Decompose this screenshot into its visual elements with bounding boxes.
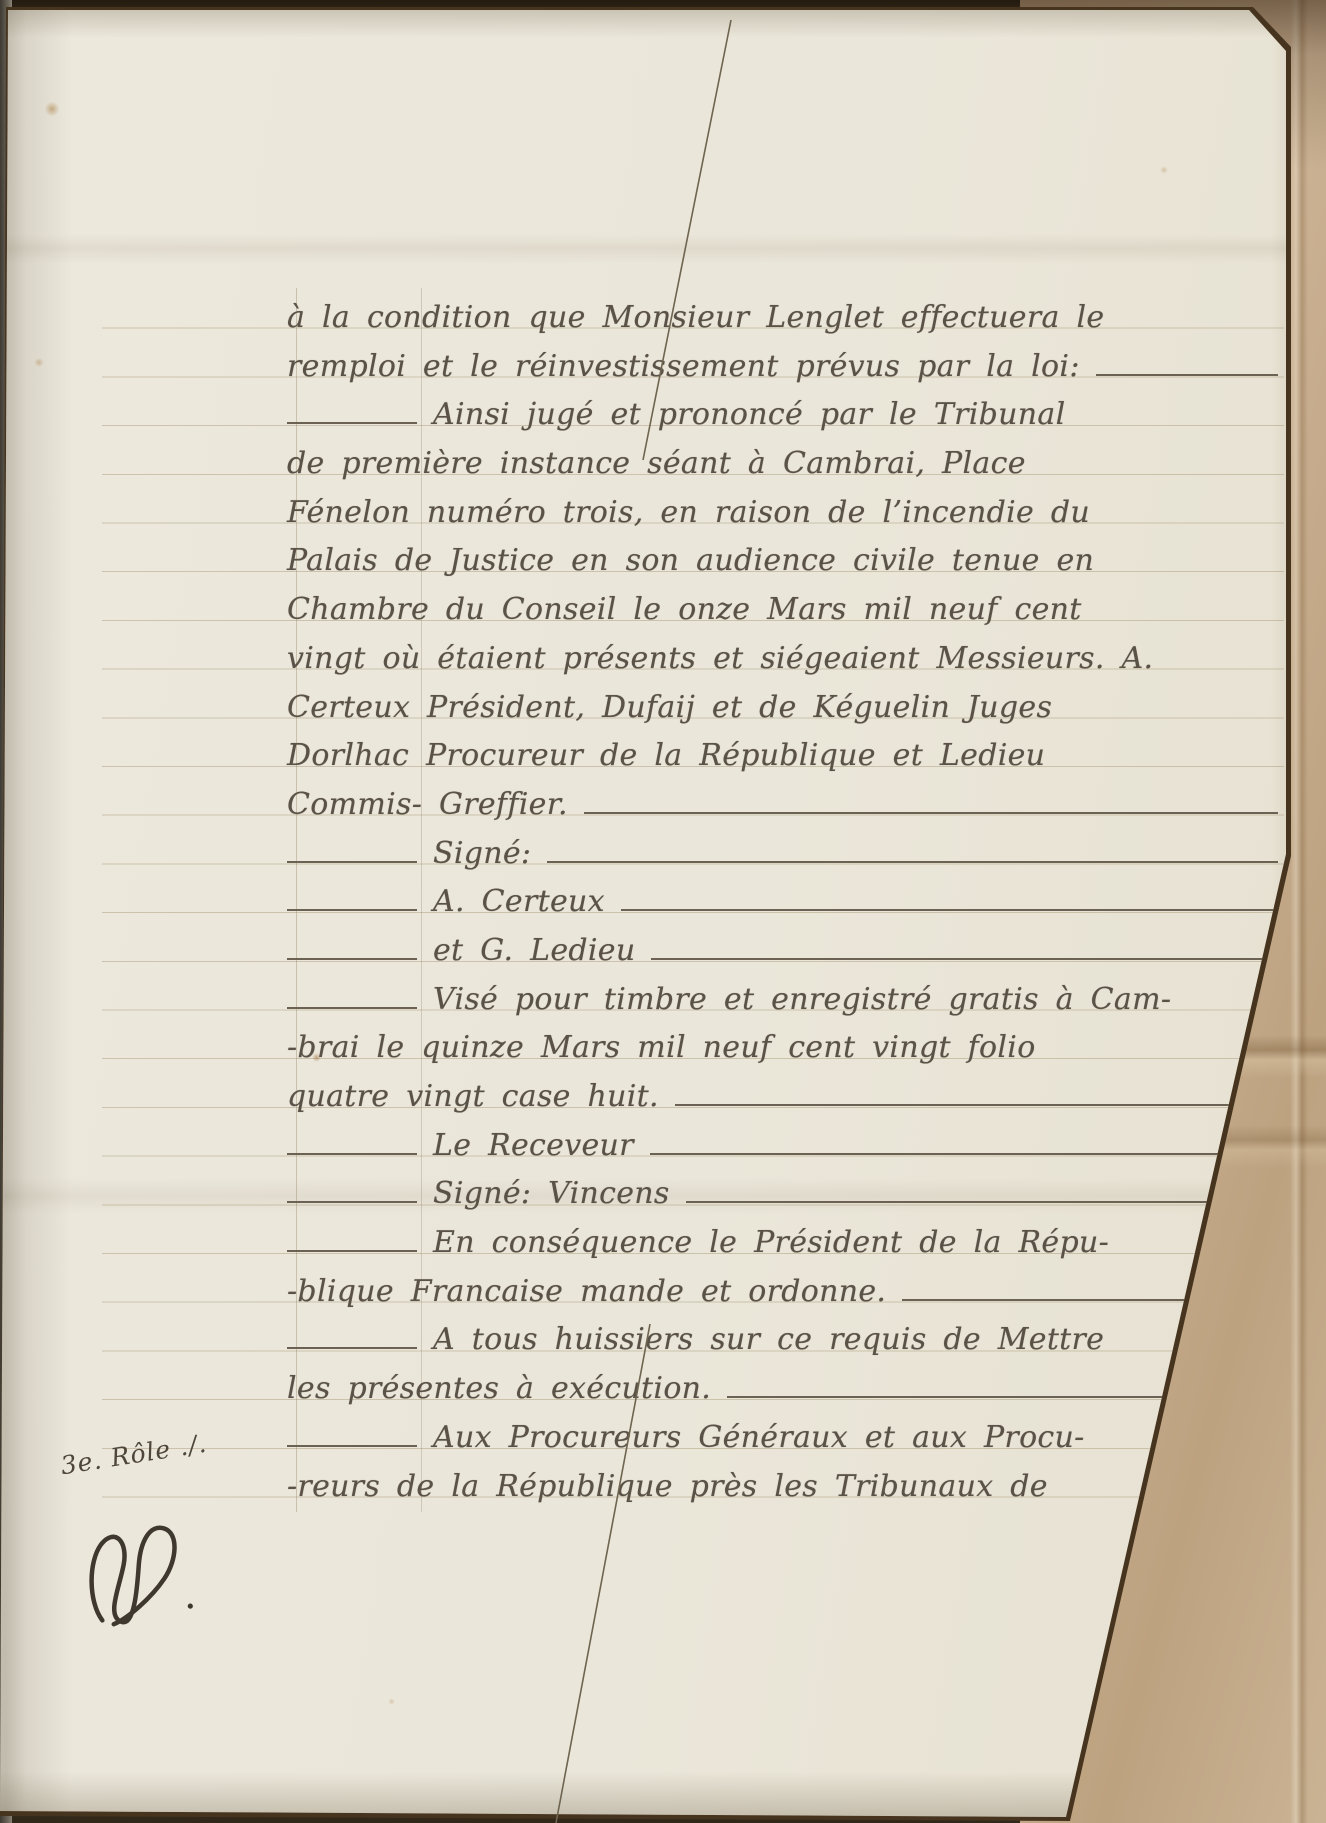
- manuscript-line: Dorlhac Procureur de la République et Le…: [287, 732, 1284, 781]
- line-text: Dorlhac Procureur de la République et Le…: [287, 732, 1045, 781]
- manuscript-line: Commis- Greffier.: [287, 781, 1284, 830]
- line-text: A tous huissiers sur ce requis de Mettre: [433, 1316, 1104, 1365]
- margin-note: 3e. Rôle ./.: [59, 1429, 209, 1481]
- line-text: Ainsi jugé et prononcé par le Tribunal: [433, 391, 1066, 440]
- fill-line: [651, 958, 1278, 960]
- manuscript-line: Fénelon numéro trois, en raison de l’inc…: [287, 489, 1284, 538]
- manuscript-line: -blique Francaise mande et ordonne.: [287, 1268, 1284, 1317]
- line-text: Le Receveur: [433, 1122, 634, 1171]
- scanned-document: à la condition que Monsieur Lenglet effe…: [0, 0, 1326, 1823]
- line-text: En conséquence le Président de la Répu-: [433, 1219, 1109, 1268]
- line-text: de première instance séant à Cambrai, Pl…: [287, 440, 1026, 489]
- age-stain: [34, 358, 44, 367]
- manuscript-line: Palais de Justice en son audience civile…: [287, 537, 1284, 586]
- manuscript-line: vingt où étaient présents et siégeaient …: [287, 635, 1284, 684]
- manuscript-line: -reurs de la République près les Tribuna…: [287, 1463, 1284, 1512]
- paraph-flourish-icon: [74, 1512, 210, 1642]
- margin-dash: [287, 1445, 417, 1447]
- line-text: vingt où étaient présents et siégeaient …: [287, 635, 1153, 684]
- manuscript-line: quatre vingt case huit.: [287, 1073, 1284, 1122]
- line-text: Chambre du Conseil le onze Mars mil neuf…: [287, 586, 1082, 635]
- margin-dash: [287, 909, 417, 911]
- line-text: et G. Ledieu: [433, 927, 635, 976]
- manuscript-line: Le Receveur: [287, 1122, 1284, 1171]
- manuscript-line: Visé pour timbre et enregistré gratis à …: [287, 976, 1284, 1025]
- line-text: Commis- Greffier.: [287, 781, 568, 830]
- margin-dash: [287, 422, 417, 424]
- fill-line: [621, 909, 1278, 911]
- line-text: quatre vingt case huit.: [287, 1073, 659, 1122]
- age-stain: [1160, 166, 1168, 174]
- margin-dash: [287, 861, 417, 863]
- manuscript-line: remploi et le réinvestissement prévus pa…: [287, 343, 1284, 392]
- fill-line: [584, 812, 1278, 814]
- fill-line: [686, 1201, 1278, 1203]
- line-text: -brai le quinze Mars mil neuf cent vingt…: [287, 1024, 1036, 1073]
- manuscript-line: Certeux Président, Dufaij et de Kéguelin…: [287, 684, 1284, 733]
- manuscript-line: Chambre du Conseil le onze Mars mil neuf…: [287, 586, 1284, 635]
- fill-line: [547, 861, 1278, 863]
- margin-dash: [287, 958, 417, 960]
- manuscript-line: et G. Ledieu: [287, 927, 1284, 976]
- fill-line: [675, 1104, 1278, 1106]
- line-text: Signé:: [433, 830, 531, 879]
- manuscript-line: à la condition que Monsieur Lenglet effe…: [287, 294, 1284, 343]
- manuscript-line: A tous huissiers sur ce requis de Mettre: [287, 1316, 1284, 1365]
- manuscript-line: Ainsi jugé et prononcé par le Tribunal: [287, 391, 1284, 440]
- manuscript-line: Signé:: [287, 830, 1284, 879]
- line-text: -reurs de la République près les Tribuna…: [287, 1463, 1048, 1512]
- margin-dash: [287, 1250, 417, 1252]
- manuscript-line: Signé: Vincens: [287, 1170, 1284, 1219]
- text-block: à la condition que Monsieur Lenglet effe…: [287, 294, 1284, 1511]
- line-text: Visé pour timbre et enregistré gratis à …: [433, 976, 1171, 1025]
- margin-dash: [287, 1347, 417, 1349]
- age-stain: [388, 1698, 395, 1705]
- manuscript-line: de première instance séant à Cambrai, Pl…: [287, 440, 1284, 489]
- line-text: Certeux Président, Dufaij et de Kéguelin…: [287, 684, 1052, 733]
- line-text: A. Certeux: [433, 878, 605, 927]
- line-text: les présentes à exécution.: [287, 1365, 711, 1414]
- margin-dash: [287, 1201, 417, 1203]
- margin-dash: [287, 1153, 417, 1155]
- line-text: Palais de Justice en son audience civile…: [287, 537, 1094, 586]
- fill-line: [650, 1153, 1278, 1155]
- manuscript-line: les présentes à exécution.: [287, 1365, 1284, 1414]
- manuscript-line: Aux Procureurs Généraux et aux Procu-: [287, 1414, 1284, 1463]
- line-text: remploi et le réinvestissement prévus pa…: [287, 343, 1080, 392]
- age-stain: [44, 102, 60, 116]
- line-text: Signé: Vincens: [433, 1170, 670, 1219]
- line-text: à la condition que Monsieur Lenglet effe…: [287, 294, 1104, 343]
- line-text: Aux Procureurs Généraux et aux Procu-: [433, 1414, 1085, 1463]
- manuscript-line: A. Certeux: [287, 878, 1284, 927]
- manuscript-line: -brai le quinze Mars mil neuf cent vingt…: [287, 1024, 1284, 1073]
- manuscript-line: En conséquence le Président de la Répu-: [287, 1219, 1284, 1268]
- fill-line: [1096, 374, 1278, 376]
- line-text: Fénelon numéro trois, en raison de l’inc…: [287, 489, 1090, 538]
- line-text: -blique Francaise mande et ordonne.: [287, 1268, 886, 1317]
- margin-dash: [287, 1007, 417, 1009]
